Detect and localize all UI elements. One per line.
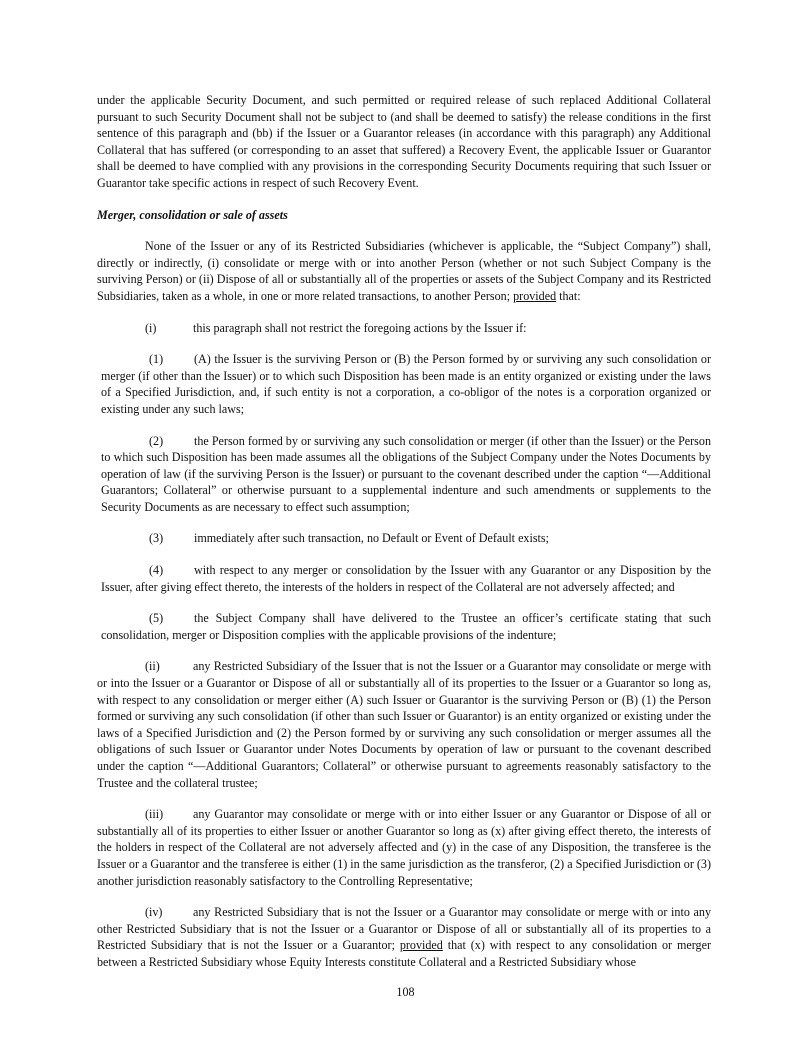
sub-clause-5: (5)the Subject Company shall have delive…: [97, 610, 711, 643]
opening-paragraph: under the applicable Security Document, …: [97, 92, 711, 192]
clause-i: (i)this paragraph shall not restrict the…: [97, 320, 711, 337]
clause-number: (iv): [145, 904, 193, 921]
clause-number: (iii): [145, 806, 193, 823]
provided-underlined: provided: [400, 938, 443, 952]
clause-number: (i): [145, 320, 193, 337]
sub-clause-text: immediately after such transaction, no D…: [194, 531, 549, 545]
intro-paragraph: None of the Issuer or any of its Restric…: [97, 238, 711, 304]
provided-underlined: provided: [513, 289, 556, 303]
clause-iv: (iv)any Restricted Subsidiary that is no…: [97, 904, 711, 970]
sub-clause-3: (3)immediately after such transaction, n…: [97, 530, 711, 547]
sub-clause-number: (3): [149, 530, 194, 547]
sub-clause-number: (4): [149, 562, 194, 579]
clause-ii: (ii)any Restricted Subsidiary of the Iss…: [97, 658, 711, 791]
intro-text-after: that:: [556, 289, 581, 303]
clause-text: this paragraph shall not restrict the fo…: [193, 321, 527, 335]
sub-clause-number: (5): [149, 610, 194, 627]
sub-clause-2: (2)the Person formed by or surviving any…: [97, 433, 711, 516]
clause-number: (ii): [145, 658, 193, 675]
sub-clause-number: (1): [149, 351, 194, 368]
sub-clause-1: (1)(A) the Issuer is the surviving Perso…: [97, 351, 711, 417]
intro-text-before: None of the Issuer or any of its Restric…: [97, 239, 711, 303]
sub-clause-number: (2): [149, 433, 194, 450]
document-page: under the applicable Security Document, …: [97, 92, 711, 986]
clause-text: any Restricted Subsidiary of the Issuer …: [97, 659, 711, 789]
clause-iii: (iii)any Guarantor may consolidate or me…: [97, 806, 711, 889]
sub-clause-4: (4)with respect to any merger or consoli…: [97, 562, 711, 595]
section-heading: Merger, consolidation or sale of assets: [97, 207, 711, 224]
page-number: 108: [0, 985, 811, 1000]
